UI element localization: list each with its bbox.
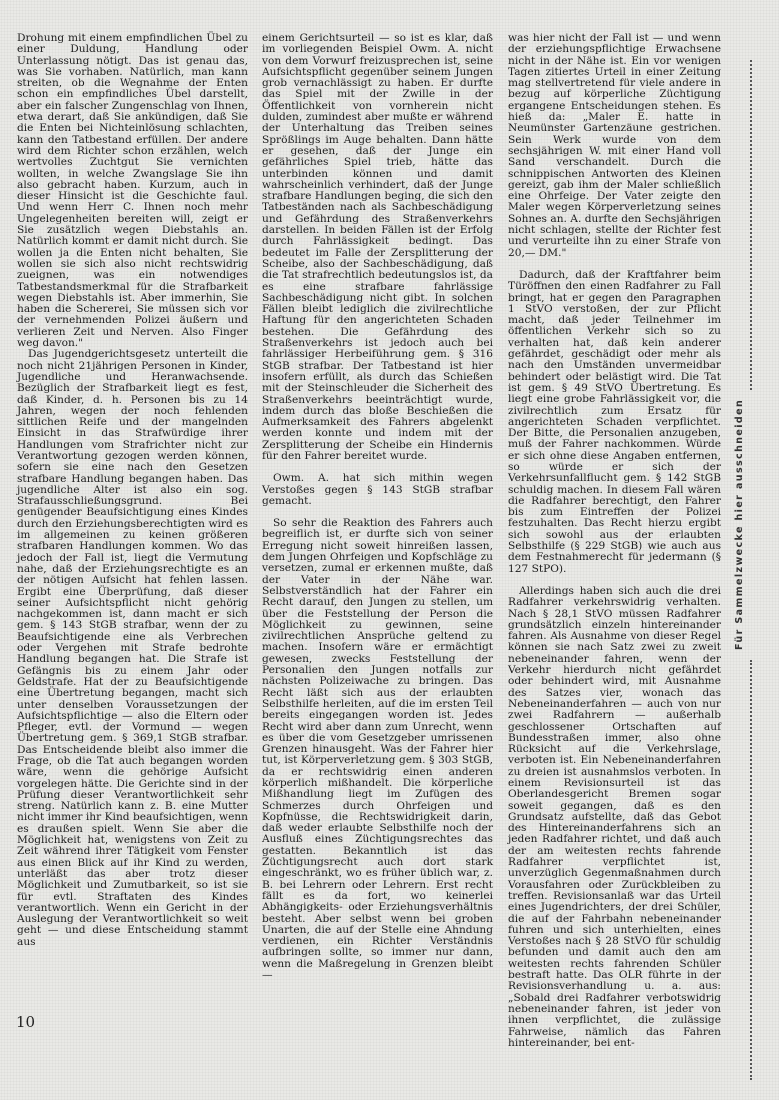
paragraph: Owm. A. hat sich mithin wegen Verstoßes …	[262, 473, 493, 507]
text-column-3: was hier nicht der Fall ist — und wenn d…	[508, 33, 721, 1049]
cut-line-bottom	[750, 660, 752, 1080]
text-column-2: einem Gerichtsurteil — so ist es klar, d…	[262, 33, 493, 981]
side-note-text: Für Sammelzwecke hier ausschneiden	[734, 400, 745, 650]
side-note: Für Sammelzwecke hier ausschneiden	[732, 400, 752, 650]
page-number: 10	[16, 1013, 35, 1031]
paragraph: einem Gerichtsurteil — so ist es klar, d…	[262, 33, 493, 462]
paragraph: was hier nicht der Fall ist — und wenn d…	[508, 33, 721, 259]
paragraph: So sehr die Reaktion des Fahrers auch be…	[262, 518, 493, 981]
cut-line-top	[750, 60, 752, 390]
paragraph: Das Jugendgerichtsgesetz unterteilt die …	[17, 349, 248, 948]
paragraph: Dadurch, daß der Kraftfahrer beim Türöff…	[508, 270, 721, 575]
paragraph: Drohung mit einem empfindlichen Übel zu …	[17, 33, 248, 349]
text-column-1: Drohung mit einem empfindlichen Übel zu …	[17, 33, 248, 948]
paragraph: Allerdings haben sich auch die drei Radf…	[508, 586, 721, 1049]
